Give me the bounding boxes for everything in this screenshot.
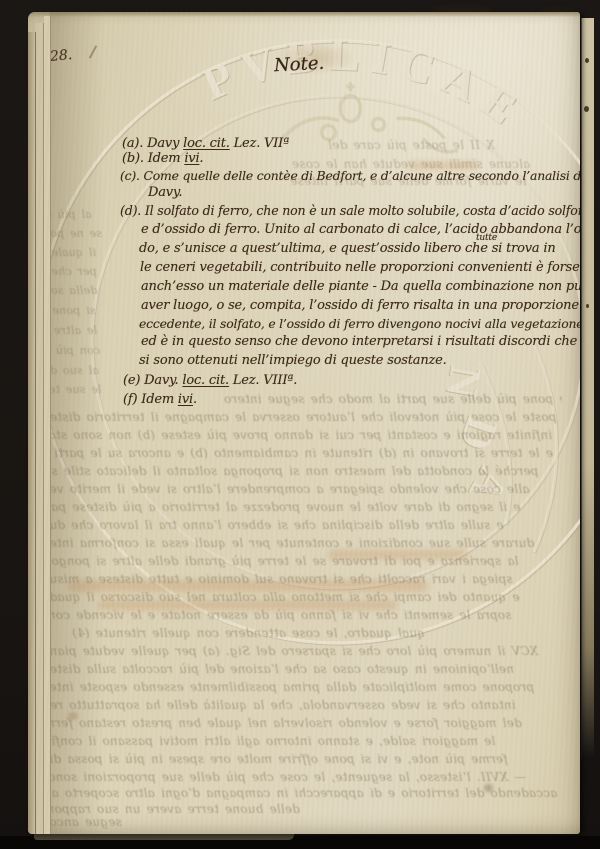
handwritten-line: eccedente, il solfato, e l’ossido di fer… — [139, 316, 580, 331]
handwritten-line: ed è in questo senso che devono interpre… — [141, 334, 577, 349]
handwritten-line: Davy. — [148, 185, 182, 200]
manuscript-page: PVBLICAE N D A X II le poste più — [28, 12, 580, 834]
handwritten-line: (e) Davy. loc. cit. Lez. VIIIª. — [123, 373, 297, 388]
handwritten-line: e d’ossido di ferro. Unito al carbonato … — [141, 222, 580, 237]
paper-speck — [585, 58, 589, 63]
handwritten-line: (a). Davy loc. cit. Lez. VIIª — [122, 136, 289, 151]
page-top-edge — [28, 12, 580, 17]
page-stack-edge — [44, 16, 51, 834]
handwritten-line: tutte — [476, 233, 497, 243]
handwritten-line: (c). Come quelle delle contèe di Bedfort… — [120, 168, 580, 183]
scanned-book-photo: PVBLICAE N D A X II le poste più — [0, 0, 600, 849]
paper-speck — [584, 106, 589, 112]
page-stack-edge — [36, 23, 44, 834]
handwritten-line: anch’esso un materiale delle piante - Da… — [141, 279, 580, 294]
handwritten-line: aver luogo, o se, compita, l’ossido di f… — [141, 298, 579, 313]
footnotes-block: (a). Davy loc. cit. Lez. VIIª(b). Idem i… — [28, 12, 580, 834]
handwritten-line: (b). Idem ivi. — [122, 151, 203, 166]
handwritten-line: (f) Idem ivi. — [123, 392, 197, 407]
handwritten-line: (d). Il solfato di ferro, che non è un s… — [120, 203, 580, 218]
handwritten-line: le ceneri vegetabili, contribuito nelle … — [140, 260, 580, 275]
handwritten-line: si sono ottenuti nell’impiego di queste … — [139, 353, 447, 368]
paper-speck — [586, 304, 589, 308]
handwritten-line: do, e s’unisce a quest’ultima, e quest’o… — [139, 241, 556, 256]
underlying-page-edge-right — [581, 18, 594, 758]
page-stack-edge — [28, 32, 36, 834]
underlying-page-edge-bottom — [34, 833, 294, 840]
